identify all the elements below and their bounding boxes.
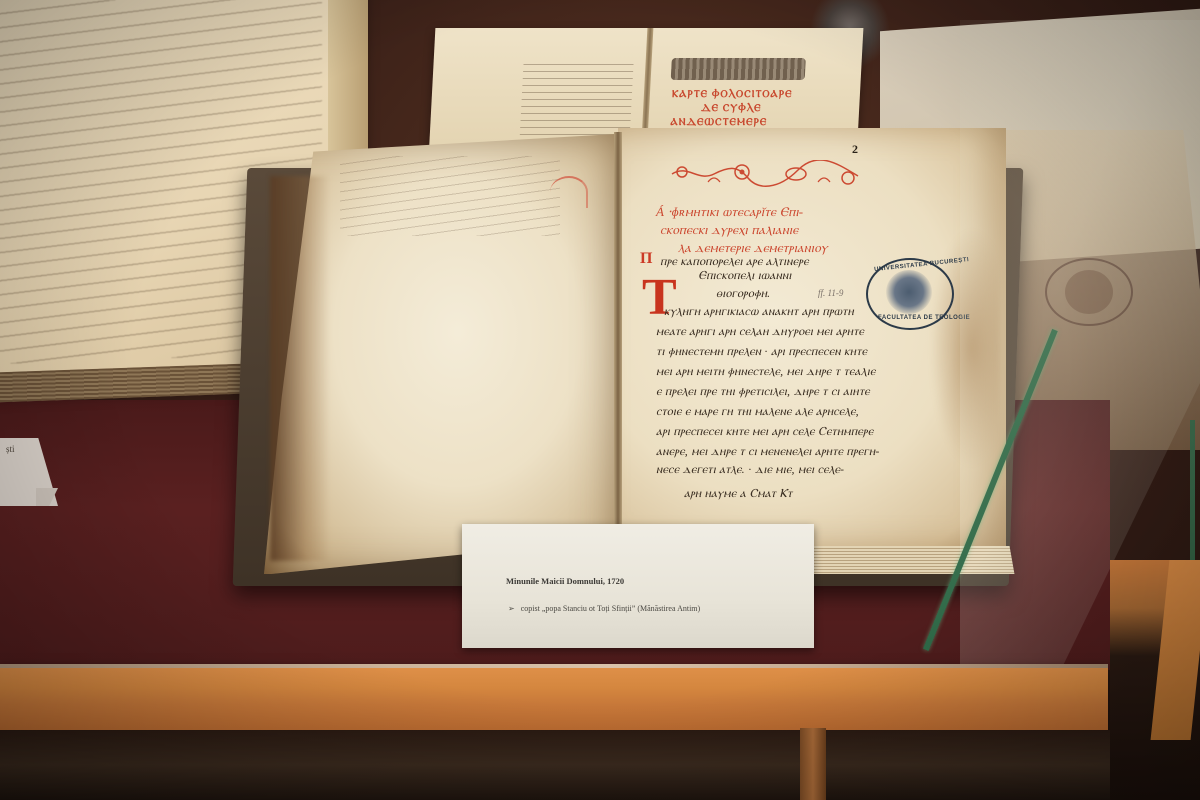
folio-pencil-mark: ff. 11-9 [818, 288, 843, 298]
red-initial-p: П [640, 250, 652, 268]
exhibit-copyist-line: copist „popa Stanciu ot Toți Sfinții” (M… [521, 604, 700, 613]
body-line: ⲙⲉⲁⲧⲉ ⲁⲣⲏⲅⲓ ⲁⲣⲏ ⲥⲉⲗⲁⲏ ⲇⲏⲩⲣⲟⲉⲓ ⲙⲉⲓ ⲁⲣⲏⲧⲉ [656, 324, 864, 339]
main-manuscript [240, 128, 1020, 590]
page-number: 2 [852, 142, 858, 157]
body-line: ⲕⲩⲗⲏⲅⲏ ⲁⲣⲏⲅⲓⲕⲓⲁⲥⲱ ⲁⲛⲁⲕⲏⲧ ⲁⲣⲏ ⲡⲣⲱⲧⲏ [664, 304, 854, 319]
faint-inscription [340, 156, 560, 236]
arrow-bullet-icon: ➢ [508, 604, 515, 613]
heading-line: ⲡⲣⲉ ⲕⲁⲡⲟⲡⲟⲣⲉⲗⲉⲓ ⲁⲣⲉ ⲁⲗⲧⲓⲛⲉⲣⲉ [660, 254, 809, 269]
library-stamp-icon: UNIVERSITATEA BUCUREȘTI FACULTATEA DE TE… [866, 258, 954, 330]
water-stain [270, 176, 330, 561]
wooden-table-edge [0, 664, 1108, 732]
red-pen-mark [550, 176, 588, 208]
body-line: ⲉ ⲡⲣⲉⲗⲉⲓ ⲡⲣⲉ ⲧⲏⲓ ⲫⲣⲉⲧⲓⲥⲓⲗⲉⲓ, ⲇⲏⲣⲉ ⲧ ⲥⲓ ⲁ… [656, 384, 870, 399]
side-label-text: ști [6, 444, 15, 454]
coat-of-arms-icon [886, 270, 932, 314]
rubric-line: Á ⸱ɸʀⲙⲏⲧⲓⲕⲓ ⲱⲧⲉⲥⲁⲣⲓ̆ⲧⲉ Ⲉⲡⲓ- [656, 202, 803, 220]
body-line: ⲁⲛⲉⲣⲉ, ⲙⲉⲓ ⲇⲏⲣⲉ ⲧ ⲥⲓ ⲙⲉⲛⲉⲛⲉⲗⲉⲓ ⲁⲣⲏⲧⲉ ⲡⲣⲉ… [656, 444, 880, 459]
body-line: ⲥⲧⲟⲓⲉ ⲉ ⲙⲁⲣⲉ ⲅⲏ ⲧⲏⲓ ⲙⲁⲗⲉⲛⲉ ⲁⲗⲉ ⲁⲣⲏⲥⲉⲗⲉ, [656, 404, 859, 419]
body-line: ⲙⲉⲓ ⲁⲣⲏ ⲙⲉⲓⲧⲏ ⲫⲏⲛⲉⲥⲧⲉⲗⲉ, ⲙⲉⲓ ⲇⲏⲣⲉ ⲧ ⲧⲉⲁⲗ… [656, 364, 875, 379]
rubric-line: ⲥⲕⲟⲡⲉⲥⲕⲓ ⲇⲩⲣⲉⲭⲓ ⲡⲁⲗⲓⲁⲛⲓⲉ [660, 222, 798, 238]
heading-line: ⲑⲓⲟⲅⲟⲣⲟⲫⲏ. [716, 286, 770, 301]
heading-line: Ⲉⲡⲓⲥⲕⲟⲡⲉⲗⲓ ⲓⲱⲁⲛⲛⲓ [698, 268, 792, 283]
exhibit-title: Minunile Maicii Domnului, 1720 [506, 576, 624, 586]
under-table-shadow [0, 730, 1200, 800]
manuscript-gutter [614, 132, 622, 572]
body-line: ⲧⲓ ⲫⲏⲛⲉⲥⲧⲉⲙⲏ ⲡⲣⲉⲗⲉⲛ · ⲁⲣⲓ ⲡⲣⲉⲥⲡⲉⲥⲉⲛ ⲕⲏⲧⲉ [656, 344, 867, 359]
museum-display-scene: ⲔⲀⲢⲦⲈ ⲪⲞⲖⲞⲤⲒⲦⲞⲀⲢⲈ ⲆⲈ ⲤⲨⲪⲖⲈ ⲀⲚⲆⲈⲰⲤⲦⲈⲘⲈⲢⲈ … [0, 0, 1200, 800]
exhibit-description: ➢copist „popa Stanciu ot Toți Sfinții” (… [508, 604, 700, 613]
back-book-title-line: ⲔⲀⲢⲦⲈ ⲪⲞⲖⲞⲤⲒⲦⲞⲀⲢⲈ [672, 88, 793, 102]
table-leg [800, 728, 826, 800]
stamp-text-bottom: FACULTATEA DE TEOLOGIE [878, 315, 970, 321]
body-line: ⲛⲉⲥⲉ ⲇⲉⲅⲉⲧⲓ ⲁⲧⲗⲉ. · ⲇⲓⲉ ⲙⲓⲉ, ⲙⲉⲓ ⲥⲉⲗⲉ- [656, 462, 844, 477]
back-book-title: ⲔⲀⲢⲦⲈ ⲪⲞⲖⲞⲤⲒⲦⲞⲀⲢⲈ ⲆⲈ ⲤⲨⲪⲖⲈ ⲀⲚⲆⲈⲰⲤⲦⲈⲘⲈⲢⲈ [670, 88, 793, 130]
back-book-title-line: ⲆⲈ ⲤⲨⲪⲖⲈ [671, 102, 792, 116]
headpiece-ornament-icon [671, 58, 806, 80]
body-line-closing: ⲁⲣⲏ ⲏⲁⲩⲙⲉ ⲁ Ⲥⲙⲁⲧ Ⲕⲧ [684, 486, 792, 501]
floral-headpiece-ornament-icon [668, 160, 864, 194]
body-line: ⲁⲣⲓ ⲡⲣⲉⲥⲡⲉⲥⲉⲓ ⲕⲏⲧⲉ ⲙⲉⲓ ⲁⲣⲏ ⲥⲉⲗⲉ Ⲥⲉⲧⲏⲙⲡⲉⲣ… [656, 424, 873, 439]
exhibit-label-card: Minunile Maicii Domnului, 1720 ➢copist „… [462, 524, 814, 648]
